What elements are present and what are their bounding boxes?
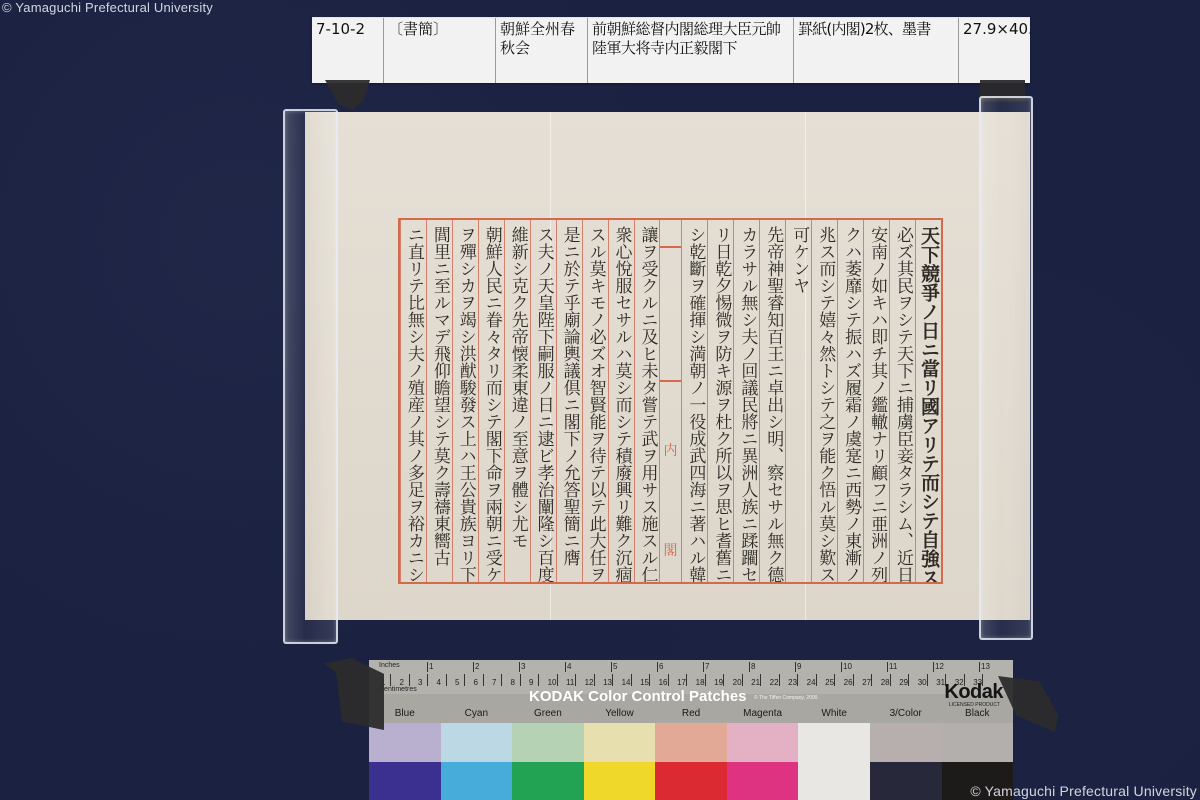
ruler-tick	[816, 674, 817, 686]
manuscript-column: ス夫ノ天皇陛下嗣服ノ日ニ逮ビ孝治闡隆シ百度	[530, 220, 556, 582]
manuscript-column: 維新シ克ク先帝懐柔東違ノ至意ヲ體シ尤モ	[504, 220, 530, 582]
copyright-watermark-top: © Yamaguchi Prefectural University	[2, 0, 213, 15]
manuscript-column: ヲ殫シカヲ竭シ洪猷駿發ス上ハ王公貴族ヨリ下ハ	[452, 220, 478, 582]
ruler-cm-mark: 20	[733, 678, 742, 687]
ruler-cm-mark: 26	[844, 678, 853, 687]
ruler-cm-mark: 6	[474, 678, 478, 687]
manuscript-column: ニ直リテ比無シ夫ノ殖産ノ其ノ多足ヲ裕カニシ興學ノ其	[400, 220, 426, 582]
manuscript-column: 是ニ於テ乎廟論輿議倶ニ閣下ノ允答聖簡ニ膺	[556, 220, 582, 582]
ruler-tick	[908, 674, 909, 686]
ruler-tick	[427, 662, 428, 672]
ruler-tick	[519, 662, 520, 672]
ruler-cm-mark: 18	[696, 678, 705, 687]
ruler-tick	[749, 662, 750, 672]
ruler-tick	[853, 674, 854, 686]
ruler-tick	[705, 674, 706, 686]
ruler-cm-mark: 12	[585, 678, 594, 687]
ruler-cm-mark: 24	[807, 678, 816, 687]
ruler-inch-mark: 12	[935, 662, 944, 671]
ruler-tick	[841, 662, 842, 672]
patch-label: 3/Color	[870, 708, 942, 722]
manuscript-column: 閭里ニ至ルマデ飛仰瞻望シテ莫ク壽禱東嚮古	[426, 220, 452, 582]
ruler-cm-mark: 21	[751, 678, 760, 687]
catalogue-size: 27.9×40.0	[959, 18, 1030, 83]
patch-dark	[369, 762, 441, 800]
manuscript-ruled-area: 天下競爭ノ日ニ當リ國アリテ而シテ自強スル能ハザル者ハ 必ズ其民ヲシテ天下ニ捕虜臣…	[398, 218, 943, 584]
color-patches	[369, 723, 1013, 800]
color-patch-green	[512, 723, 584, 800]
ruler-cm-mark: 28	[881, 678, 890, 687]
patch-light	[512, 723, 584, 762]
patch-light	[727, 723, 799, 762]
ruler-tick	[427, 674, 428, 686]
patch-light	[584, 723, 656, 762]
catalogue-label: 7-10-2 〔書簡〕 朝鮮全州春秋会 前朝鮮総督内閣総理大臣元帥陸軍大将寺内正…	[312, 17, 1030, 83]
ruler-tick	[538, 674, 539, 686]
ruler-inch-mark: 10	[843, 662, 852, 671]
ruler-tick	[979, 662, 980, 672]
patch-light	[942, 723, 1014, 762]
ruler-tick	[483, 674, 484, 686]
manuscript-column: 安南ノ如キハ即チ其ノ鑑轍ナリ顧フニ亜洲ノ列邦率ネ多	[863, 220, 889, 582]
catalogue-category: 〔書簡〕	[384, 18, 496, 83]
ruler-tick	[464, 674, 465, 686]
color-patch-yellow	[584, 723, 656, 800]
catalogue-material: 罫紙(内閣)2枚、墨書	[794, 18, 959, 83]
ruler-tick	[557, 674, 558, 686]
manuscript-column: 兆ス而シテ嬉々然トシテ之ヲ能ク悟ル莫シ歎スルニ勝ユ	[811, 220, 837, 582]
ruler-cm-mark: 13	[603, 678, 612, 687]
ruler-inches-label: Inches	[379, 662, 400, 669]
ruler-cm-mark: 16	[659, 678, 668, 687]
patch-dark	[870, 762, 942, 800]
ruler-tick	[649, 674, 650, 686]
ruler-tick	[779, 674, 780, 686]
patch-label: Magenta	[727, 708, 799, 722]
ruler-tick	[575, 674, 576, 686]
center-gutter: 内 閣	[659, 220, 681, 582]
patch-label: Black	[942, 708, 1014, 722]
patch-dark	[727, 762, 799, 800]
patch-label: Red	[655, 708, 727, 722]
patch-label: Cyan	[441, 708, 513, 722]
manuscript-column: 衆心悅服セサルハ莫シ而シテ積廢興リ難ク沉痼醫	[608, 220, 634, 582]
gutter-line	[660, 246, 681, 248]
color-patch-3-color	[870, 723, 942, 800]
ruler-tick	[795, 662, 796, 672]
patch-label: Green	[512, 708, 584, 722]
acrylic-clamp-right	[979, 96, 1033, 640]
copyright-watermark-bottom: © Yamaguchi Prefectural University	[970, 783, 1197, 799]
chart-title: KODAK Color Control Patches	[529, 688, 747, 705]
manuscript-column: 朝鮮人民ニ眷々タリ而シテ閣下命ヲ兩朝ニ受ケ誠	[478, 220, 504, 582]
color-patch-red	[655, 723, 727, 800]
kodak-logo: Kodak	[944, 681, 1003, 704]
ruler-cm-mark: 11	[566, 678, 574, 687]
ruler-inch-mark: 4	[567, 662, 571, 671]
manuscript-column: 必ズ其民ヲシテ天下ニ捕虜臣妾タラシム、近日ノ波蘭	[889, 220, 915, 582]
patch-label: Yellow	[584, 708, 656, 722]
manuscript-column: 可ケンヤ	[785, 220, 811, 582]
ruler-tick	[668, 674, 669, 686]
ruler-inch-mark: 3	[521, 662, 525, 671]
ruler-tick	[520, 674, 521, 686]
ruler-cm-mark: 23	[788, 678, 797, 687]
chart-copyright: © The Tiffen Company, 2000	[754, 695, 817, 701]
ruler-tick	[723, 674, 724, 686]
ruler-cm-mark: 4	[437, 678, 441, 687]
ruler-cm-mark: 9	[529, 678, 533, 687]
patch-light	[870, 723, 942, 762]
ruler-inch-mark: 7	[705, 662, 709, 671]
kodak-color-chart: Inches Centimetres 123456789101112131234…	[369, 660, 1013, 800]
ruler-tick	[887, 662, 888, 672]
ruler-cm-label: Centimetres	[379, 686, 417, 693]
catalogue-number: 7-10-2	[312, 18, 384, 83]
tape-piece	[325, 80, 370, 110]
color-patch-cyan	[441, 723, 513, 800]
patch-light	[798, 723, 870, 800]
ruler-cm-mark: 5	[455, 678, 459, 687]
manuscript-column: リ日乾夕惕微ヲ防キ源ヲ杜ク所以ヲ思ヒ耆舊ニ咨詢	[707, 220, 733, 582]
ruler-inch-mark: 13	[981, 662, 990, 671]
ruler-cm-mark: 19	[714, 678, 723, 687]
ruler-cm-mark: 2	[400, 678, 404, 687]
patch-dark	[512, 762, 584, 800]
ruler-tick	[611, 662, 612, 672]
manuscript-column: 讓ヲ受クルニ及ヒ未タ嘗テ武ヲ用サス施スル仁術ヲ以テス	[634, 220, 660, 582]
ruler-inch-mark: 6	[659, 662, 663, 671]
patch-dark	[584, 762, 656, 800]
ruler-tick	[927, 674, 928, 686]
ruler-inch-mark: 9	[797, 662, 801, 671]
ruler-tick	[565, 662, 566, 672]
ruler-cm-mark: 8	[511, 678, 515, 687]
ruler-inch-mark: 1	[429, 662, 433, 671]
ruler-tick	[834, 674, 835, 686]
patch-labels: Blue Cyan Green Yellow Red Magenta White…	[369, 708, 1013, 722]
patch-light	[441, 723, 513, 762]
ruler-tick	[933, 662, 934, 672]
ruler-tick	[871, 674, 872, 686]
ruler-cm-mark: 29	[899, 678, 908, 687]
ruler-cm-mark: 7	[492, 678, 496, 687]
catalogue-recipient: 前朝鮮総督内閣総理大臣元帥陸軍大将寺内正毅閣下	[588, 18, 794, 83]
ruler-inch-mark: 2	[475, 662, 479, 671]
ruler-tick	[612, 674, 613, 686]
ruler-tick	[594, 674, 595, 686]
manuscript-column: 天下競爭ノ日ニ當リ國アリテ而シテ自強スル能ハザル者ハ	[915, 220, 941, 582]
ruler-tick	[890, 674, 891, 686]
ruler-tick	[390, 674, 391, 686]
ruler-inch-mark: 5	[613, 662, 617, 671]
ruler-cm-mark: 25	[825, 678, 834, 687]
patch-dark	[655, 762, 727, 800]
ruler-inch-mark: 11	[889, 662, 897, 671]
manuscript-column: カラサル無シ夫ノ回議民將ニ異洲人族ニ蹂躙セラレンヿ慮	[733, 220, 759, 582]
ruler-tick	[446, 674, 447, 686]
color-patch-magenta	[727, 723, 799, 800]
patch-light	[655, 723, 727, 762]
gutter-line	[660, 380, 681, 382]
ruler-cm-mark: 22	[770, 678, 779, 687]
ruler-tick	[760, 674, 761, 686]
manuscript-column: クハ萎靡シテ振ハズ履霜ノ虞寔ニ西勢ノ東漸ノ	[837, 220, 863, 582]
ruler-tick	[631, 674, 632, 686]
ruler-tick	[797, 674, 798, 686]
ruler-cm-mark: 17	[677, 678, 686, 687]
ruler-tick	[703, 662, 704, 672]
gutter-mark: 閣	[663, 540, 677, 560]
gutter-mark: 内	[663, 440, 677, 460]
ruler-tick	[742, 674, 743, 686]
manuscript-column: シ乾斷ヲ確揮シ満朝ノ一役成武四海ニ著ハル韓國ノ	[681, 220, 707, 582]
acrylic-clamp-left	[283, 109, 338, 644]
ruler-tick	[473, 662, 474, 672]
manuscript-column: スル莫キモノ必ズオ智賢能ヲ待テ以テ此大任ヲ辦スヘシ	[582, 220, 608, 582]
ruler-tick	[686, 674, 687, 686]
catalogue-sender: 朝鮮全州春秋会	[496, 18, 588, 83]
ruler-cm-mark: 3	[418, 678, 422, 687]
patch-label: White	[798, 708, 870, 722]
color-patch-blue	[369, 723, 441, 800]
ruler-tick	[657, 662, 658, 672]
patch-dark	[441, 762, 513, 800]
ruler-cm-mark: 15	[640, 678, 649, 687]
manuscript-column: 先帝神聖睿知百王ニ卓出シ明、察セサル無ク德周ネ	[759, 220, 785, 582]
ruler-cm-mark: 30	[918, 678, 927, 687]
ruler-tick	[501, 674, 502, 686]
ruler-tick	[409, 674, 410, 686]
ruler-inch-mark: 8	[751, 662, 755, 671]
color-patch-white	[798, 723, 870, 800]
ruler-cm-mark: 27	[862, 678, 871, 687]
ruler-cm-mark: 14	[622, 678, 631, 687]
ruler-cm-mark: 10	[548, 678, 557, 687]
